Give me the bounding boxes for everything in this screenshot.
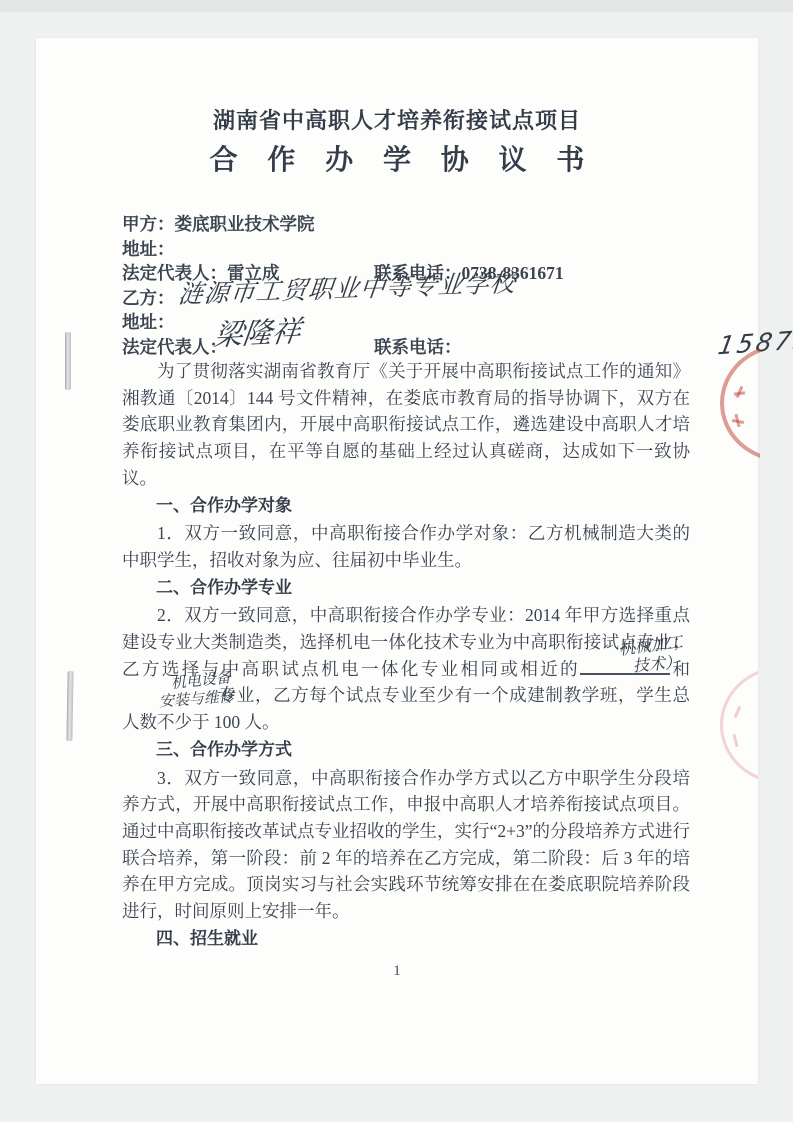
party-info-block: 甲方：娄底职业技术学院 地址： 法定代表人：雷立成联系电话：0738-83616… — [122, 212, 694, 360]
document-title-project: 湖南省中高职人才培养衔接试点项目 — [36, 104, 758, 135]
party-a-address-label: 地址： — [122, 239, 175, 259]
document-title-agreement: 合 作 办 学 协 议 书 — [36, 138, 758, 178]
fill-in-blank-2: 机电设备安装与维修 — [122, 686, 218, 702]
party-b-rep-line: 法定代表人：梁隆祥联系电话：15873851766 — [122, 335, 694, 360]
section-1-heading: 一、合作办学对象 — [122, 493, 690, 520]
party-b-phone: 联系电话：15873851766 — [374, 335, 462, 360]
party-b-rep-label: 法定代表人： — [122, 337, 227, 357]
staple-mark-top — [65, 332, 71, 390]
section-2-heading: 二、合作办学专业 — [122, 575, 690, 602]
page-number: 1 — [36, 963, 758, 980]
scan-edge-strip — [0, 0, 793, 12]
party-a-line: 甲方：娄底职业技术学院 — [122, 212, 694, 237]
party-b-address-line: 地址： — [122, 310, 694, 335]
party-b-phone-label: 联系电话： — [374, 337, 462, 357]
party-b-label: 乙方： — [122, 288, 175, 308]
section-3-body: 3．双方一致同意，中高职衔接合作办学方式以乙方中职学生分段培养方式，开展中高职衔… — [122, 765, 690, 925]
red-seal-fragment-upper — [714, 342, 760, 458]
agreement-body: 为了贯彻落实湖南省教育厅《关于开展中高职衔接试点工作的通知》湘教通〔2014〕1… — [122, 358, 690, 953]
section-3-heading: 三、合作办学方式 — [122, 737, 690, 764]
intro-paragraph: 为了贯彻落实湖南省教育厅《关于开展中高职衔接试点工作的通知》湘教通〔2014〕1… — [122, 358, 690, 492]
section-2-body: 2．双方一致同意，中高职衔接合作办学专业：2014 年甲方选择重点建设专业大类制… — [122, 602, 690, 736]
red-seal-fragment-lower — [712, 662, 758, 784]
section-4-heading: 四、招生就业 — [122, 926, 690, 953]
party-b-address-label: 地址： — [122, 312, 175, 332]
section-1-body: 1．双方一致同意，中高职衔接合作办学对象：乙方机械制造大类的中职学生，招收对象为… — [122, 520, 690, 573]
seal-arc-icon — [720, 344, 760, 458]
fill-in-blank-1: 机械加工技术） — [580, 657, 670, 675]
staple-mark-bottom — [66, 671, 73, 741]
party-a-address-line: 地址： — [122, 237, 694, 262]
seal-arc-icon — [720, 666, 758, 784]
party-a-label: 甲方： — [122, 214, 175, 234]
party-b-rep-signature-handwriting: 梁隆祥 — [213, 319, 303, 348]
party-b-line: 乙方：涟源市工贸职业中等专业学校 — [122, 286, 694, 311]
party-a-name: 娄底职业技术学院 — [175, 214, 315, 234]
